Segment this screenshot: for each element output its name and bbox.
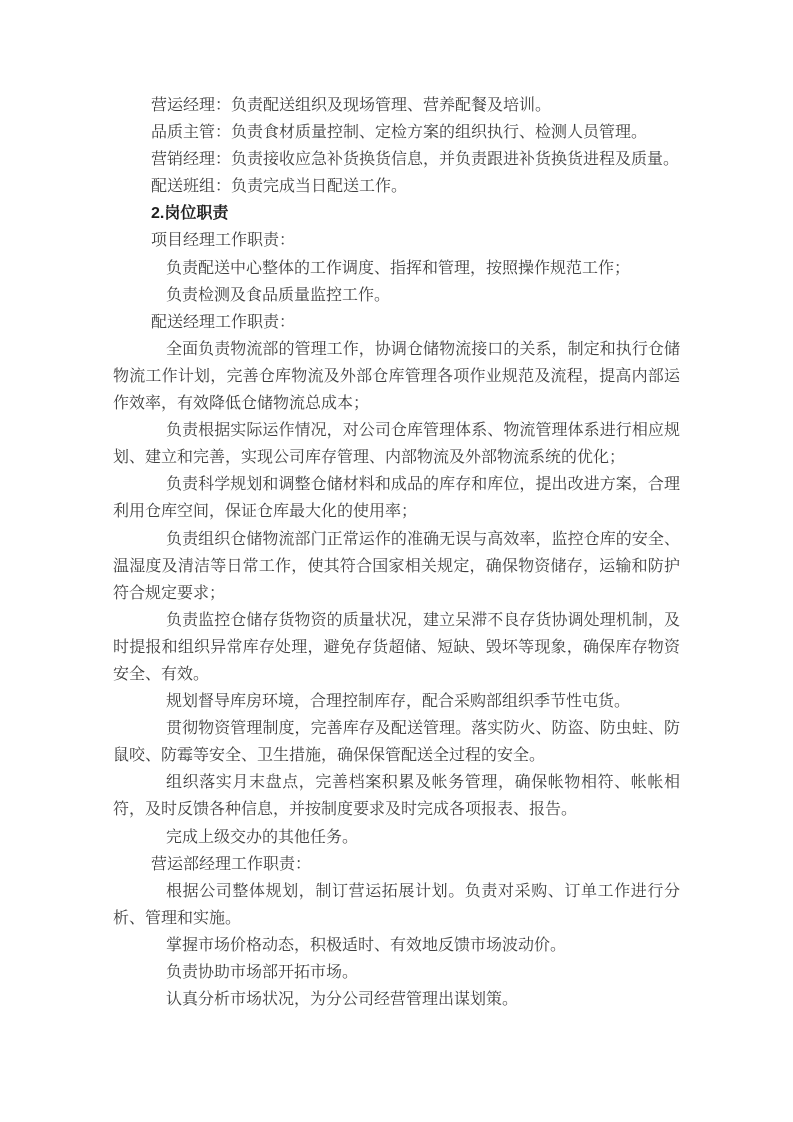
duty-paragraph: 负责监控仓储存货物资的质量状况，建立呆滞不良存货协调处理机制，及时提报和组织异常…	[113, 607, 680, 688]
subheading-operations-dept-manager-duties: 营运部经理工作职责：	[113, 851, 680, 878]
document-page: 营运经理：负责配送组织及现场管理、营养配餐及培训。 品质主管：负责食材质量控制、…	[0, 0, 793, 1122]
subheading-delivery-manager-duties: 配送经理工作职责：	[113, 309, 680, 336]
document-text-block: 营运经理：负责配送组织及现场管理、营养配餐及培训。 品质主管：负责食材质量控制、…	[113, 92, 680, 1013]
duty-paragraph: 负责科学规划和调整仓储材料和成品的库存和库位，提出改进方案，合理利用仓库空间，保…	[113, 471, 680, 525]
duty-paragraph: 完成上级交办的其他任务。	[113, 824, 680, 851]
duty-paragraph: 贯彻物资管理制度，完善库存及配送管理。落实防火、防盗、防虫蛀、防鼠咬、防霉等安全…	[113, 715, 680, 769]
section-heading-job-duties: 2.岗位职责	[113, 200, 680, 227]
duty-paragraph: 规划督导库房环境，合理控制库存，配合采购部组织季节性屯货。	[113, 688, 680, 715]
role-line-marketing-manager: 营销经理：负责接收应急补货换货信息，并负责跟进补货换货进程及质量。	[113, 146, 680, 173]
duty-paragraph: 掌握市场价格动态，积极适时、有效地反馈市场波动价。	[113, 932, 680, 959]
duty-paragraph: 负责组织仓储物流部门正常运作的准确无误与高效率，监控仓库的安全、温湿度及清洁等日…	[113, 526, 680, 607]
duty-paragraph: 负责协助市场部开拓市场。	[113, 959, 680, 986]
duty-paragraph: 认真分析市场状况，为分公司经营管理出谋划策。	[113, 986, 680, 1013]
duty-paragraph: 组织落实月末盘点，完善档案积累及帐务管理，确保帐物相符、帐帐相符，及时反馈各种信…	[113, 769, 680, 823]
duty-paragraph: 负责根据实际运作情况，对公司仓库管理体系、物流管理体系进行相应规划、建立和完善，…	[113, 417, 680, 471]
duty-paragraph: 负责检测及食品质量监控工作。	[113, 282, 680, 309]
duty-paragraph: 全面负责物流部的管理工作，协调仓储物流接口的关系，制定和执行仓储物流工作计划，完…	[113, 336, 680, 417]
duty-paragraph: 根据公司整体规划，制订营运拓展计划。负责对采购、订单工作进行分析、管理和实施。	[113, 878, 680, 932]
role-line-operations-manager: 营运经理：负责配送组织及现场管理、营养配餐及培训。	[113, 92, 680, 119]
subheading-project-manager-duties: 项目经理工作职责：	[113, 227, 680, 254]
role-line-delivery-team: 配送班组：负责完成当日配送工作。	[113, 173, 680, 200]
role-line-quality-supervisor: 品质主管：负责食材质量控制、定检方案的组织执行、检测人员管理。	[113, 119, 680, 146]
duty-paragraph: 负责配送中心整体的工作调度、指挥和管理，按照操作规范工作；	[113, 255, 680, 282]
